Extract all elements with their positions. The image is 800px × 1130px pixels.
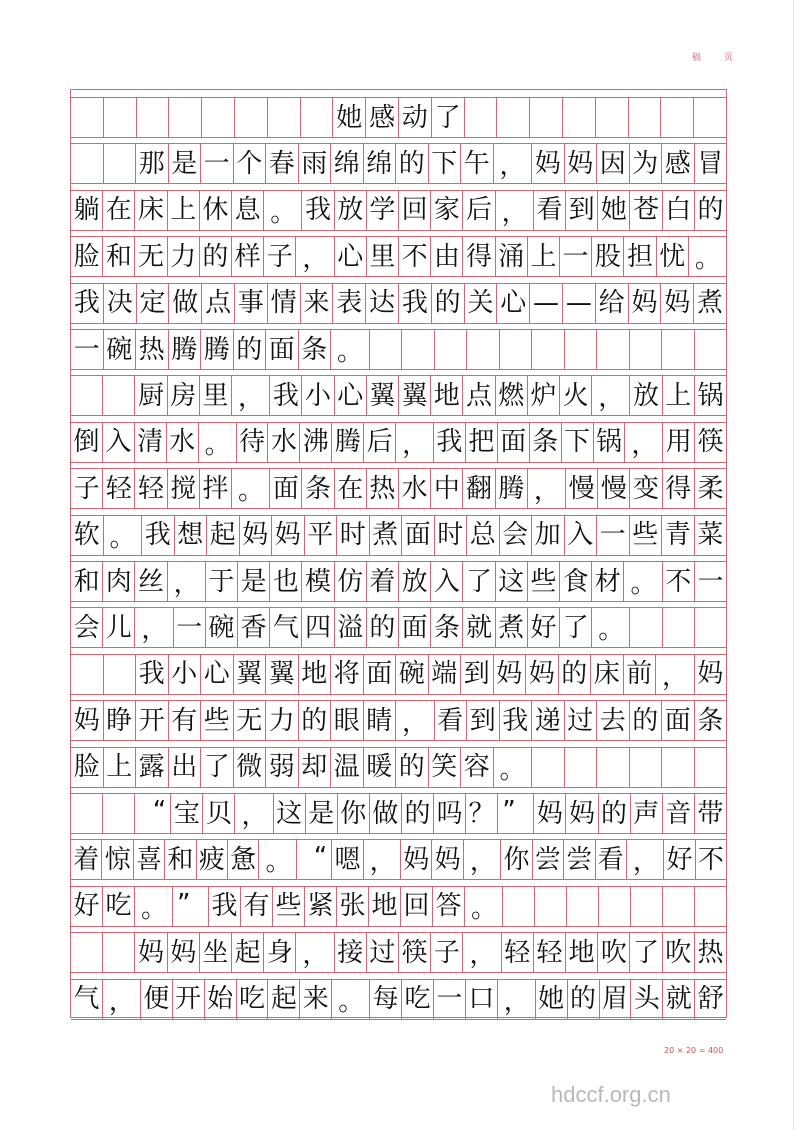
- grid-cell: 。: [232, 469, 270, 508]
- grid-cell: 会: [71, 608, 103, 647]
- grid-row: 脸和无力的样子，心里不由得涌上一股担忧。: [71, 236, 726, 277]
- grid-cell: 脸: [71, 748, 104, 787]
- grid-cell: 轻: [103, 469, 135, 508]
- grid-cell: 碗: [206, 608, 238, 647]
- grid-cell: 前: [624, 655, 657, 694]
- grid-cell: 加: [532, 516, 565, 555]
- grid-row: 我小心翼翼地将面碗端到妈妈的床前，妈: [71, 654, 726, 695]
- grid-cell: 模: [302, 562, 334, 601]
- grid-cell: 带: [695, 794, 726, 833]
- grid-cell: [662, 748, 695, 787]
- grid-cell: [301, 98, 334, 137]
- grid-cell: 疲: [197, 840, 228, 879]
- grid-cell: 好: [664, 840, 695, 879]
- grid-cell: 后: [364, 423, 396, 462]
- grid-cell: —: [530, 284, 563, 323]
- grid-cell: 事: [235, 284, 268, 323]
- grid-row: 子轻轻搅拌。面条在热水中翻腾，慢慢变得柔: [71, 468, 726, 509]
- grid-cell: ，: [528, 469, 566, 508]
- grid-cell: 做: [169, 284, 202, 323]
- grid-cell: 妈: [272, 516, 305, 555]
- grid-cell: 弱: [266, 748, 299, 787]
- grid-cell: 动: [399, 98, 432, 137]
- grid-cell: 水: [399, 469, 431, 508]
- grid-cell: 无: [135, 237, 167, 276]
- grid-cell: 力: [266, 701, 299, 740]
- grid-cell: 想: [175, 516, 208, 555]
- grid-cell: 暖: [364, 748, 397, 787]
- grid-cell: [629, 98, 662, 137]
- grid-cell: 来: [300, 980, 332, 1019]
- grid-cell: 上: [528, 237, 560, 276]
- grid-cell: [71, 144, 104, 183]
- grid-cell: 躺: [71, 191, 103, 230]
- grid-cell: 每: [370, 980, 402, 1019]
- grid-cell: 妈: [695, 655, 727, 694]
- grid-cell: 翻: [463, 469, 495, 508]
- grid-row: 我决定做点事情来表达我的关心——给妈妈煮: [71, 283, 726, 324]
- grid-cell: 入: [565, 516, 598, 555]
- grid-cell: [630, 608, 662, 647]
- grid-cell: ”: [173, 887, 209, 926]
- grid-cell: 条: [695, 701, 727, 740]
- grid-cell: [435, 330, 468, 369]
- grid-cell: 了: [560, 608, 592, 647]
- grid-cell: 把: [466, 423, 498, 462]
- grid-row: 好吃。”我有些紧张地回答。: [71, 886, 726, 927]
- grid-cell: 决: [104, 284, 137, 323]
- grid-cell: [565, 330, 598, 369]
- grid-cell: ，: [168, 562, 206, 601]
- grid-cell: 始: [205, 980, 237, 1019]
- grid-cell: 的: [396, 748, 429, 787]
- grid-cell: 到: [467, 701, 500, 740]
- grid-cell: 忧: [657, 237, 689, 276]
- grid-cell: 有: [241, 887, 273, 926]
- grid-cell: 变: [630, 469, 662, 508]
- grid-cell: ，: [103, 980, 141, 1019]
- grid-cell: 给: [596, 284, 629, 323]
- grid-cell: 白: [663, 191, 695, 230]
- grid-cell: 床: [591, 655, 624, 694]
- grid-row: 和肉丝，于是也模仿着放入了这些食材。不一: [71, 561, 726, 602]
- grid-cell: 的: [559, 655, 592, 694]
- grid-cell: 上: [663, 376, 695, 415]
- grid-cell: 是: [306, 794, 338, 833]
- grid-cell: 面: [270, 469, 302, 508]
- grid-cell: 拌: [200, 469, 232, 508]
- grid-cell: 涌: [496, 237, 528, 276]
- grid-cell: 也: [270, 562, 302, 601]
- grid-cell: [630, 330, 663, 369]
- grid-cell: 春: [266, 144, 299, 183]
- grid-cell: 时: [337, 516, 370, 555]
- grid-cell: ，: [135, 608, 173, 647]
- grid-cell: 锅: [594, 423, 626, 462]
- grid-cell: 些: [528, 562, 560, 601]
- grid-cell: [695, 748, 727, 787]
- grid-cell: [268, 98, 301, 137]
- grid-cell: 平: [305, 516, 338, 555]
- grid-cell: ？: [466, 794, 498, 833]
- grid-cell: 吹: [663, 933, 695, 972]
- grid-cell: 担: [624, 237, 656, 276]
- grid-cell: 用: [663, 423, 695, 462]
- grid-cell: 地: [299, 655, 332, 694]
- grid-cell: 妈: [71, 701, 104, 740]
- grid-cell: 坐: [200, 933, 232, 972]
- grid-cell: 得: [463, 237, 495, 276]
- grid-cell: 这: [274, 794, 306, 833]
- composition-grid-sheet: 她感动了那是一个春雨绵绵的下午，妈妈因为感冒躺在床上休息。我放学回家后，看到她苍…: [70, 89, 727, 1018]
- grid-cell: [104, 655, 137, 694]
- grid-cell: 的: [299, 701, 332, 740]
- grid-cell: ，: [627, 840, 664, 879]
- grid-cell: 心: [497, 284, 530, 323]
- grid-cell: 慢: [566, 469, 598, 508]
- grid-cell: 容: [461, 748, 494, 787]
- grid-cell: [661, 98, 694, 137]
- grid-row: 妈妈坐起身，接过筷子，轻轻地吹了吹热: [71, 932, 726, 973]
- grid-cell: [497, 98, 530, 137]
- grid-cell: 着: [71, 840, 102, 879]
- grid-cell: 眼: [331, 701, 364, 740]
- grid-cell: 妈: [168, 933, 200, 972]
- grid-cell: 紧: [305, 887, 337, 926]
- grid-cell: [104, 144, 137, 183]
- grid-cell: 筷: [399, 933, 431, 972]
- grid-cell: 的: [234, 330, 267, 369]
- grid-cell: 儿: [103, 608, 135, 647]
- grid-cell: ，: [656, 655, 695, 694]
- grid-cell: [71, 794, 103, 833]
- grid-cell: 苍: [630, 191, 662, 230]
- grid-cell: 子: [71, 469, 103, 508]
- grid-cell: 腾: [201, 330, 234, 369]
- grid-cell: 青: [662, 516, 695, 555]
- grid-cell: [597, 748, 630, 787]
- grid-cell: 小: [169, 655, 202, 694]
- grid-cell: 冒: [695, 144, 727, 183]
- grid-cell: 的: [599, 794, 631, 833]
- grid-cell: 妈: [565, 144, 598, 183]
- grid-cell: 的: [432, 284, 465, 323]
- grid-cell: [597, 330, 630, 369]
- grid-cell: 我: [500, 701, 533, 740]
- grid-cell: 腾: [496, 469, 528, 508]
- grid-cell: 入: [103, 423, 135, 462]
- grid-cell: 总: [467, 516, 500, 555]
- grid-cell: 面: [662, 701, 695, 740]
- grid-cell: 妈: [401, 840, 432, 879]
- grid-cell: 绵: [364, 144, 397, 183]
- grid-cell: ，: [364, 840, 401, 879]
- grid-cell: [235, 98, 268, 137]
- grid-cell: 轻: [135, 469, 167, 508]
- grid-cell: 尝: [533, 840, 564, 879]
- grid-cell: 面: [402, 516, 435, 555]
- grid-cell: 水: [167, 423, 199, 462]
- grid-cell: 舒: [695, 980, 726, 1019]
- grid-cell: 音: [663, 794, 695, 833]
- grid-cell: 你: [338, 794, 370, 833]
- grid-cell: 不: [399, 237, 431, 276]
- grid-cell: 慢: [598, 469, 630, 508]
- grid-cell: 和: [103, 237, 135, 276]
- grid-cell: ，: [592, 376, 630, 415]
- grid-cell: [563, 98, 596, 137]
- grid-cell: 。: [592, 608, 630, 647]
- grid-cell: 气: [71, 980, 103, 1019]
- grid-cell: [137, 98, 170, 137]
- grid-cell: 着: [367, 562, 399, 601]
- grid-cell: 了: [463, 562, 495, 601]
- grid-cell: 条: [299, 330, 332, 369]
- grid-cell: 好: [71, 887, 103, 926]
- grid-cell: 吹: [598, 933, 630, 972]
- grid-cell: 搅: [168, 469, 200, 508]
- grid-cell: [71, 933, 103, 972]
- grid-cell: 妈: [494, 655, 527, 694]
- grid-cell: 我: [302, 191, 334, 230]
- grid-cell: 仿: [335, 562, 367, 601]
- grid-cell: [567, 887, 599, 926]
- grid-cell: ，: [296, 933, 334, 972]
- grid-cell: 面: [498, 423, 530, 462]
- grid-cell: 看: [534, 191, 566, 230]
- grid-cell: 张: [337, 887, 369, 926]
- grid-cell: 。: [264, 191, 302, 230]
- grid-cell: 吃: [237, 980, 269, 1019]
- grid-cell: 腾: [332, 423, 364, 462]
- grid-cell: 得: [663, 469, 695, 508]
- grid-cell: 关: [465, 284, 498, 323]
- grid-cell: 尝: [564, 840, 595, 879]
- grid-cell: 她: [598, 191, 630, 230]
- grid-cell: 上: [104, 748, 137, 787]
- grid-cell: [596, 98, 629, 137]
- grid-cell: 回: [399, 191, 431, 230]
- grid-cell: 水: [268, 423, 300, 462]
- grid-cell: 惫: [228, 840, 259, 879]
- page-header: 稿 页: [692, 50, 743, 63]
- grid-cell: 地: [431, 376, 463, 415]
- grid-cell: 里: [200, 376, 232, 415]
- grid-cell: 贝: [203, 794, 235, 833]
- grid-cell: 过: [367, 933, 399, 972]
- grid-cell: [503, 887, 535, 926]
- grid-cell: [71, 655, 104, 694]
- grid-row: 脸上露出了微弱却温暖的笑容。: [71, 747, 726, 788]
- grid-cell: 心: [335, 237, 367, 276]
- grid-cell: 放: [399, 562, 431, 601]
- grid-cell: 筷: [695, 423, 726, 462]
- grid-cell: ，: [232, 376, 270, 415]
- grid-cell: 热: [136, 330, 169, 369]
- grid-row: 软。我想起妈妈平时煮面时总会加入一些青菜: [71, 515, 726, 556]
- grid-cell: 去: [597, 701, 630, 740]
- grid-cell: ，: [498, 980, 536, 1019]
- grid-cell: [532, 330, 565, 369]
- grid-cell: 便: [141, 980, 173, 1019]
- grid-cell: 由: [431, 237, 463, 276]
- grid-cell: 心: [335, 376, 367, 415]
- grid-cell: 热: [695, 933, 726, 972]
- grid-cell: 露: [136, 748, 169, 787]
- grid-cell: 情: [268, 284, 301, 323]
- grid-cell: 妈: [534, 794, 566, 833]
- grid-cell: 了: [432, 98, 465, 137]
- grid-cell: 过: [565, 701, 598, 740]
- grid-cell: 。: [494, 748, 533, 787]
- grid-cell: ，: [296, 237, 334, 276]
- grid-cell: 和: [165, 840, 196, 879]
- grid-cell: [565, 748, 598, 787]
- grid-cell: [103, 376, 135, 415]
- grid-cell: 接: [335, 933, 367, 972]
- grid-row: 躺在床上休息。我放学回家后，看到她苍白的: [71, 190, 726, 231]
- grid-cell: 休: [200, 191, 232, 230]
- grid-cell: 吃: [103, 887, 135, 926]
- grid-count-label: 20 × 20 = 400: [664, 1046, 723, 1055]
- grid-cell: 达: [366, 284, 399, 323]
- grid-cell: 我: [399, 284, 432, 323]
- grid-row: “宝贝，这是你做的吗？”妈妈的声音带: [71, 793, 726, 834]
- grid-cell: 食: [560, 562, 592, 601]
- grid-cell: 燃: [496, 376, 528, 415]
- grid-cell: [370, 330, 403, 369]
- grid-cell: 我: [209, 887, 241, 926]
- grid-cell: 力: [168, 237, 200, 276]
- grid-cell: 妈: [661, 284, 694, 323]
- grid-cell: 中: [431, 469, 463, 508]
- watermark: hdccf.org.cn: [551, 1082, 671, 1108]
- grid-cell: 火: [560, 376, 592, 415]
- grid-cell: 不: [696, 840, 726, 879]
- grid-cell: 些: [273, 887, 305, 926]
- grid-cell: 小: [302, 376, 334, 415]
- grid-cell: 子: [264, 237, 296, 276]
- grid-cell: [402, 330, 435, 369]
- grid-cell: 点: [202, 284, 235, 323]
- grid-cell: 答: [433, 887, 465, 926]
- grid-cell: 眉: [600, 980, 632, 1019]
- grid-cell: 个: [234, 144, 267, 183]
- grid-cell: 吃: [402, 980, 434, 1019]
- grid-cell: 厨: [135, 376, 167, 415]
- grid-cell: 的: [695, 191, 726, 230]
- grid-cell: 轻: [534, 933, 566, 972]
- grid-cell: “: [135, 794, 171, 833]
- page-edge: [793, 0, 794, 1130]
- grid-cell: 起: [207, 516, 240, 555]
- grid-cell: 温: [331, 748, 364, 787]
- grid-cell: 出: [169, 748, 202, 787]
- grid-cell: 些: [630, 516, 663, 555]
- grid-cell: 端: [429, 655, 462, 694]
- grid-cell: [630, 748, 663, 787]
- grid-cell: 我: [270, 376, 302, 415]
- grid-cell: [465, 98, 498, 137]
- grid-cell: 绵: [331, 144, 364, 183]
- grid-cell: ，: [235, 794, 273, 833]
- grid-cell: 她: [536, 980, 568, 1019]
- grid-cell: 是: [169, 144, 202, 183]
- grid-cell: 好: [528, 608, 560, 647]
- grid-cell: 放: [630, 376, 662, 415]
- grid-cell: 的: [630, 701, 663, 740]
- title-row: 她感动了: [71, 97, 726, 138]
- grid-cell: 在: [103, 191, 135, 230]
- grid-cell: [169, 98, 202, 137]
- grid-cell: 了: [630, 933, 662, 972]
- grid-cell: 笑: [429, 748, 462, 787]
- grid-cell: 翼: [234, 655, 267, 694]
- grid-cell: 一: [695, 562, 726, 601]
- grid-cell: 翼: [367, 376, 399, 415]
- grid-cell: 喜: [134, 840, 165, 879]
- grid-cell: 面: [399, 608, 431, 647]
- grid-cell: 菜: [695, 516, 727, 555]
- grid-cell: 一: [597, 516, 630, 555]
- grid-cell: 开: [173, 980, 205, 1019]
- grid-cell: 点: [463, 376, 495, 415]
- grid-cell: 碗: [396, 655, 429, 694]
- grid-cell: 房: [168, 376, 200, 415]
- grid-cell: 。: [624, 562, 662, 601]
- grid-cell: 做: [370, 794, 402, 833]
- grid-cell: 和: [71, 562, 103, 601]
- grid-cell: 为: [630, 144, 663, 183]
- grid-row: 那是一个春雨绵绵的下午，妈妈因为感冒: [71, 143, 726, 184]
- grid-cell: 妈: [240, 516, 273, 555]
- grid-cell: [663, 887, 695, 926]
- grid-cell: 到: [461, 655, 494, 694]
- grid-row: 一碗热腾腾的面条。: [71, 329, 726, 370]
- grid-cell: 你: [501, 840, 532, 879]
- grid-cell: 开: [136, 701, 169, 740]
- grid-cell: ，: [464, 840, 501, 879]
- grid-cell: 。: [135, 887, 173, 926]
- grid-cell: 上: [168, 191, 200, 230]
- grid-cell: 无: [234, 701, 267, 740]
- grid-cell: [535, 887, 567, 926]
- grid-cell: 一: [560, 237, 592, 276]
- grid-cell: 家: [431, 191, 463, 230]
- grid-cell: 看: [596, 840, 627, 879]
- grid-cell: 声: [631, 794, 663, 833]
- grid-cell: 妈: [135, 933, 167, 972]
- grid-cell: 丝: [135, 562, 167, 601]
- grid-cell: 沸: [300, 423, 332, 462]
- grid-cell: [500, 330, 533, 369]
- grid-cell: 放: [335, 191, 367, 230]
- grid-cell: 心: [201, 655, 234, 694]
- grid-cell: 感: [662, 144, 695, 183]
- grid-row: 妈睁开有些无力的眼睛，看到我递过去的面条: [71, 700, 726, 741]
- grid-cell: [530, 98, 563, 137]
- grid-cell: 的: [402, 794, 434, 833]
- grid-cell: 惊: [102, 840, 133, 879]
- grid-row: 倒入清水。待水沸腾后，我把面条下锅，用筷: [71, 422, 726, 463]
- grid-cell: 妈: [566, 794, 598, 833]
- grid-cell: 了: [201, 748, 234, 787]
- grid-cell: 午: [461, 144, 494, 183]
- grid-cell: 就: [463, 608, 495, 647]
- grid-cell: 会: [500, 516, 533, 555]
- grid-cell: 我: [434, 423, 466, 462]
- grid-cell: [599, 887, 631, 926]
